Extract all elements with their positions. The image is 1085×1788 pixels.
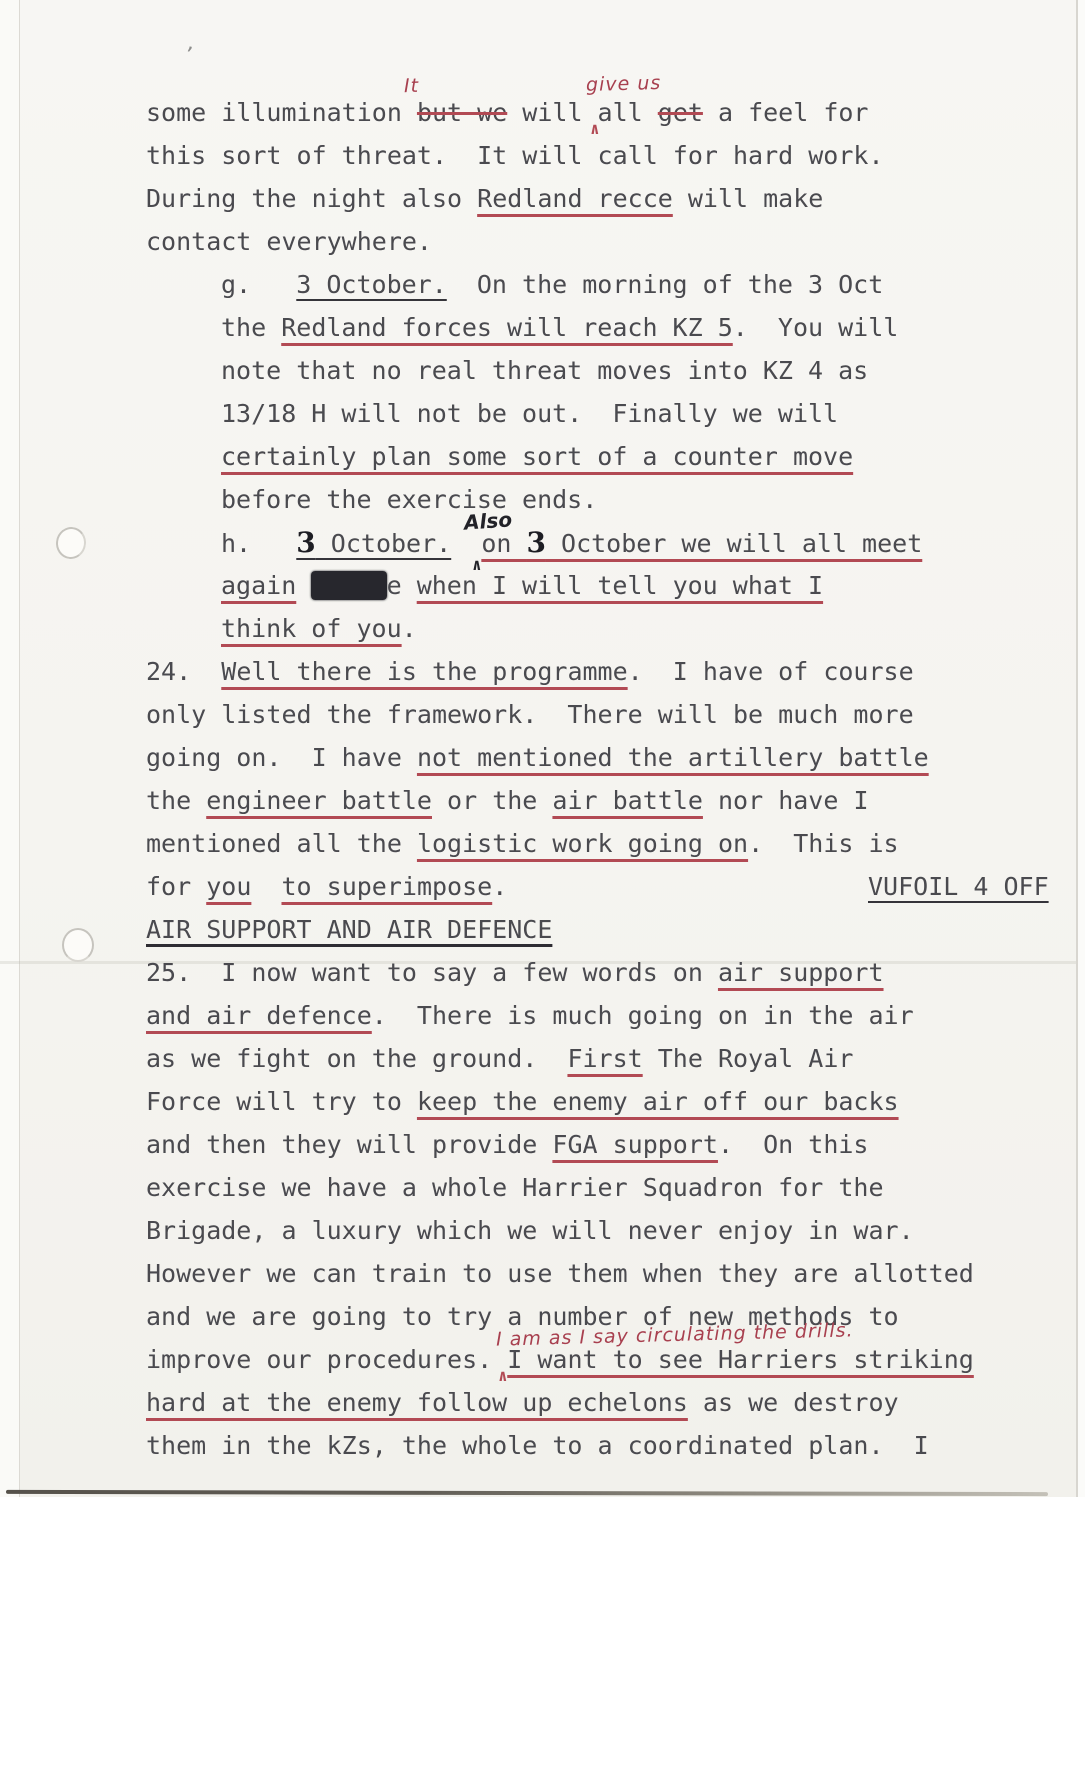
typed-text: as we destroy xyxy=(688,1388,899,1417)
document-line: and then they will provide FGA support. … xyxy=(146,1123,1076,1166)
typed-text: . You will xyxy=(733,313,899,342)
handwritten-red-note: It xyxy=(404,77,420,96)
typed-text: the xyxy=(146,786,206,815)
typed-underlined-text: October. xyxy=(316,529,451,558)
document-line: again e when I will tell you what I xyxy=(146,564,1076,607)
typed-text xyxy=(251,872,281,901)
document-line: some illumination but we will all get a … xyxy=(146,91,1076,134)
document-line: going on. I have not mentioned the artil… xyxy=(146,736,1076,779)
typed-text: Force will try to xyxy=(146,1087,417,1116)
red-underlined-text: to superimpose xyxy=(281,872,492,901)
document-line: the engineer battle or the air battle no… xyxy=(146,779,1076,822)
typed-text: . There is much going on in the air xyxy=(372,1001,914,1030)
typed-text: note that no real threat moves into KZ 4… xyxy=(221,356,868,385)
document-line: the Redland forces will reach KZ 5. You … xyxy=(146,306,1076,349)
document-line: note that no real threat moves into KZ 4… xyxy=(146,349,1076,392)
typed-text: before the exercise ends. xyxy=(221,485,597,514)
typed-text: 13/18 H will not be out. Finally we will xyxy=(221,399,838,428)
red-underlined-text: on xyxy=(481,529,526,558)
typed-text: or the xyxy=(432,786,552,815)
handwritten-red-note: give us xyxy=(586,74,662,95)
document-line: this sort of threat. It will call for ha… xyxy=(146,134,1076,177)
red-underlined-text: you xyxy=(206,872,251,901)
document-line: mentioned all the logistic work going on… xyxy=(146,822,1076,865)
paper-left-edge-line xyxy=(19,0,20,1497)
document-line: Force will try to keep the enemy air off… xyxy=(146,1080,1076,1123)
typed-text: e xyxy=(387,571,417,600)
red-underlined-text: air support xyxy=(718,958,884,987)
section-heading-text: AIR SUPPORT AND AIR DEFENCE xyxy=(146,915,552,944)
typed-text: mentioned all the xyxy=(146,829,417,858)
blacked-out-text xyxy=(311,571,386,600)
document-line: 24. Well there is the programme. I have … xyxy=(146,650,1076,693)
red-underlined-text: and air defence xyxy=(146,1001,372,1030)
document-line: h. 3 October. on 3 October we will all m… xyxy=(146,521,1076,564)
typed-text: h. xyxy=(221,529,296,558)
document-line: 13/18 H will not be out. Finally we will xyxy=(146,392,1076,435)
typed-text: contact everywhere. xyxy=(146,227,432,256)
typed-text: g. xyxy=(221,270,296,299)
document-line: However we can train to use them when th… xyxy=(146,1252,1076,1295)
red-underlined-text: certainly plan some sort of a counter mo… xyxy=(221,442,853,471)
handwritten-black-note: Also xyxy=(463,509,512,532)
typed-text: as we fight on the ground. xyxy=(146,1044,567,1073)
typed-text: However we can train to use them when th… xyxy=(146,1259,974,1288)
document-line: AIR SUPPORT AND AIR DEFENCE xyxy=(146,908,1076,951)
document-line: g. 3 October. On the morning of the 3 Oc… xyxy=(146,263,1076,306)
red-underlined-text: think of you xyxy=(221,614,402,643)
typed-text: During the night also xyxy=(146,184,477,213)
document-line: hard at the enemy follow up echelons as … xyxy=(146,1381,1076,1424)
typed-text: 24. xyxy=(146,657,221,686)
red-struck-text: but we xyxy=(417,98,507,127)
red-underlined-text: logistic work going on xyxy=(417,829,748,858)
red-underlined-text: FGA support xyxy=(552,1130,718,1159)
handwritten-digit: 3 xyxy=(296,526,315,559)
typed-text: will make xyxy=(673,184,824,213)
document-line: and air defence. There is much going on … xyxy=(146,994,1076,1037)
typed-text: only listed the framework. There will be… xyxy=(146,700,914,729)
paper-left-margin xyxy=(0,0,19,1497)
document-line: for you to superimpose.VUFOIL 4 OFF xyxy=(146,865,1076,908)
red-underlined-text: not mentioned the artillery battle xyxy=(417,743,929,772)
typed-text: them in the kZs, the whole to a coordina… xyxy=(146,1431,929,1460)
typed-text: going on. I have xyxy=(146,743,417,772)
typed-text: . xyxy=(402,614,417,643)
typed-underlined-text: 3 October. xyxy=(296,270,447,299)
typed-text: will all xyxy=(507,98,658,127)
red-underlined-text: Redland forces will reach KZ 5 xyxy=(281,313,733,342)
red-underlined-text: when I will tell you what I xyxy=(417,571,823,600)
typed-text: . xyxy=(492,872,507,901)
red-underlined-text: October we will all meet xyxy=(546,529,922,558)
typed-text xyxy=(296,571,311,600)
document-line: exercise we have a whole Harrier Squadro… xyxy=(146,1166,1076,1209)
red-underlined-text: Well there is the programme xyxy=(221,657,627,686)
document-line: as we fight on the ground. First The Roy… xyxy=(146,1037,1076,1080)
document-line: 25. I now want to say a few words on air… xyxy=(146,951,1076,994)
punch-hole-bottom xyxy=(62,928,94,962)
document-line: certainly plan some sort of a counter mo… xyxy=(146,435,1076,478)
document-body: some illumination but we will all get a … xyxy=(146,91,1076,1467)
red-struck-text: get xyxy=(658,98,703,127)
typed-text: On the morning of the 3 Oct xyxy=(447,270,884,299)
document-line: contact everywhere. xyxy=(146,220,1076,263)
typed-text: . This is xyxy=(748,829,899,858)
typed-text: the xyxy=(221,313,281,342)
scanned-typewritten-page: { "meta": { "paper_color": "#f5f4f0", "t… xyxy=(0,0,1085,1788)
document-line: only listed the framework. There will be… xyxy=(146,693,1076,736)
typed-text: and then they will provide xyxy=(146,1130,552,1159)
red-underlined-text: Redland recce xyxy=(477,184,673,213)
handwritten-digit: 3 xyxy=(526,526,545,559)
red-underlined-text: keep the enemy air off our backs xyxy=(417,1087,899,1116)
typed-text: some illumination xyxy=(146,98,417,127)
red-underlined-text: again xyxy=(221,571,296,600)
typed-text: 25. I now want to say a few words on xyxy=(146,958,718,987)
red-underlined-text: hard at the enemy follow up echelons xyxy=(146,1388,688,1417)
typed-text: . I have of course xyxy=(628,657,914,686)
typed-text: improve our procedures. xyxy=(146,1345,507,1374)
document-line: During the night also Redland recce will… xyxy=(146,177,1076,220)
typed-text: for xyxy=(146,872,206,901)
document-line: them in the kZs, the whole to a coordina… xyxy=(146,1424,1076,1467)
typed-text: a feel for xyxy=(703,98,869,127)
document-line: improve our procedures. I want to see Ha… xyxy=(146,1338,1076,1381)
typed-text: this sort of threat. It will call for ha… xyxy=(146,141,884,170)
margin-note-vufoil: VUFOIL 4 OFF xyxy=(868,865,1049,908)
typed-text: nor have I xyxy=(703,786,869,815)
typed-text: Brigade, a luxury which we will never en… xyxy=(146,1216,914,1245)
document-line: before the exercise ends. xyxy=(146,478,1076,521)
document-line: Brigade, a luxury which we will never en… xyxy=(146,1209,1076,1252)
document-line: think of you. xyxy=(146,607,1076,650)
paper-right-margin xyxy=(1078,0,1085,1497)
red-underlined-text: I want to see Harriers striking xyxy=(507,1345,974,1374)
typed-text: . On this xyxy=(718,1130,869,1159)
red-underlined-text: air battle xyxy=(552,786,703,815)
typed-text: The Royal Air xyxy=(643,1044,854,1073)
red-underlined-text: engineer battle xyxy=(206,786,432,815)
red-underlined-text: First xyxy=(567,1044,642,1073)
typed-text: exercise we have a whole Harrier Squadro… xyxy=(146,1173,884,1202)
